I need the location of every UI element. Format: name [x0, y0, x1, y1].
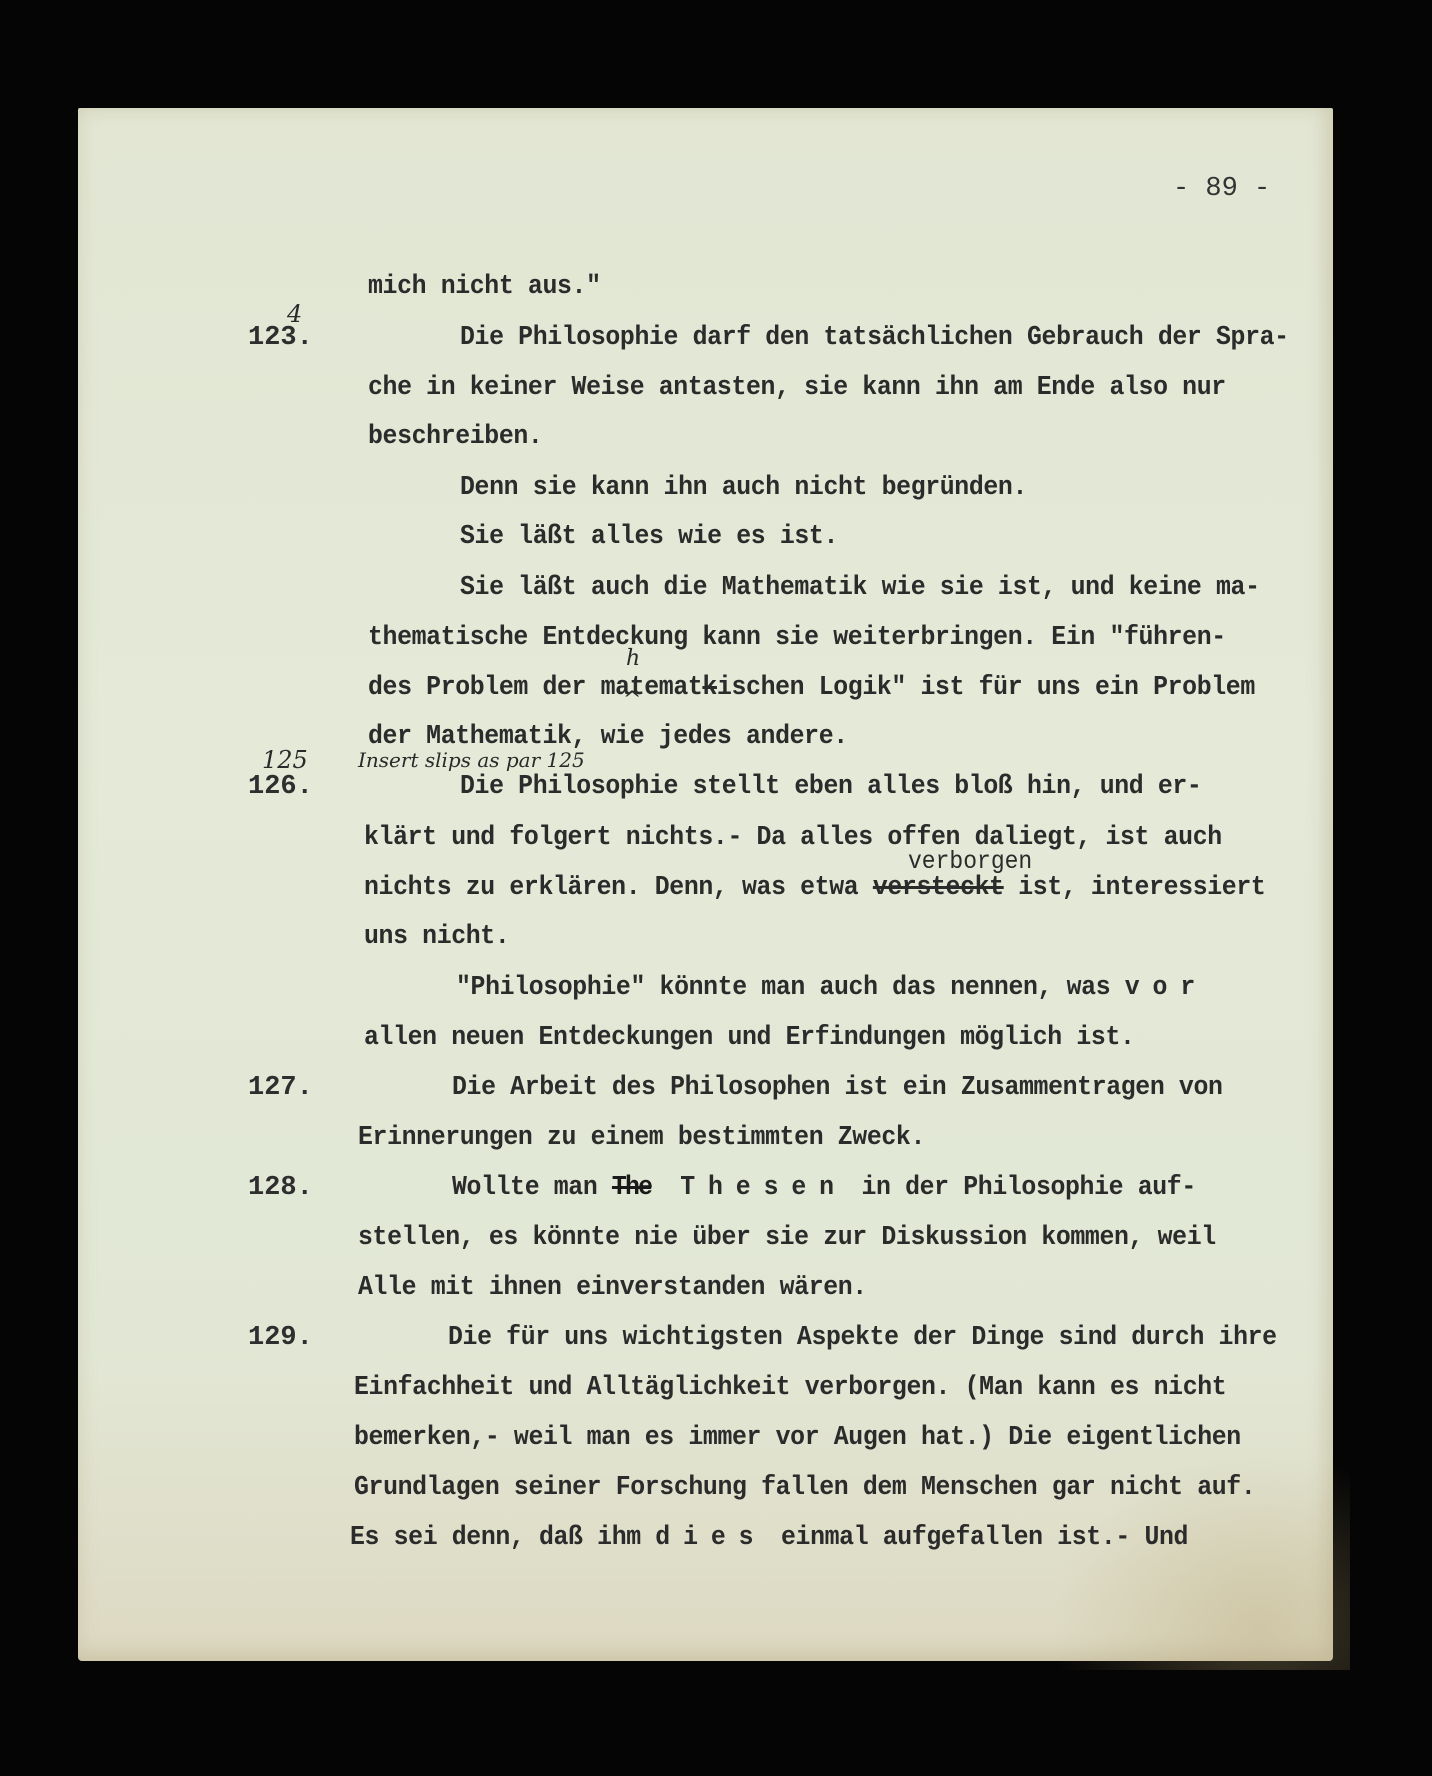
paragraph-number-127: 127. [248, 1073, 313, 1103]
text-line-corrected: des Problem der matematkischen Logik" is… [368, 673, 1255, 703]
caret-mark: ^ [623, 688, 641, 713]
text-segment: Wollte man [452, 1173, 612, 1203]
text-segment: nichts zu erklären. Denn, was etwa [364, 873, 873, 903]
text-line: beschreiben. [368, 422, 542, 452]
text-line: klärt und folgert nichts.- Da alles offe… [364, 823, 1222, 853]
struck-word: versteckt [873, 873, 1004, 903]
text-line: Grundlagen seiner Forschung fallen dem M… [354, 1473, 1255, 1503]
emphasized-spaced-word: dies [655, 1523, 766, 1553]
text-line: Die Philosophie darf den tatsächlichen G… [460, 323, 1289, 353]
handwritten-inserted-h: h [626, 646, 640, 671]
emphasized-spaced-word: vor [1125, 973, 1208, 1003]
text-line: Sie läßt auch die Mathematik wie sie ist… [460, 573, 1260, 603]
text-segment: ischen Logik" ist für uns ein Problem [717, 673, 1255, 703]
handwritten-correction-4: 4 [287, 300, 302, 328]
text-line: Die Arbeit des Philosophen ist ein Zusam… [452, 1073, 1223, 1103]
text-segment: Es sei denn, daß ihm [350, 1523, 655, 1553]
text-line: Die Philosophie stellt eben alles bloß h… [460, 772, 1201, 802]
text-line: der Mathematik, wie jedes andere. [368, 722, 848, 752]
text-line: che in keiner Weise antasten, sie kann i… [368, 373, 1226, 403]
text-segment: des Problem der mat [368, 673, 644, 703]
text-segment: in der Philosophie auf- [847, 1173, 1196, 1203]
text-line: thematische Entdeckung kann sie weiterbr… [368, 623, 1226, 653]
text-segment: "Philosophie" könnte man auch das nennen… [456, 973, 1125, 1003]
text-segment: einmal aufgefallen ist.- Und [766, 1523, 1188, 1553]
text-line: Die für uns wichtigsten Aspekte der Ding… [448, 1323, 1277, 1353]
text-line: Einfachheit und Alltäglichkeit verborgen… [354, 1373, 1226, 1403]
paragraph-number-129: 129. [248, 1323, 313, 1353]
paragraph-number-124: 123. [248, 323, 313, 353]
text-line: stellen, es könnte nie über sie zur Disk… [358, 1223, 1216, 1253]
page-number: - 89 - [1173, 174, 1270, 204]
text-line: mich nicht aus." [368, 272, 601, 302]
text-line: Alle mit ihnen einverstanden wären. [358, 1273, 867, 1303]
paragraph-number-126: 126. [248, 772, 313, 802]
text-line: Erinnerungen zu einem bestimmten Zweck. [358, 1123, 925, 1153]
overtyped-word: The [612, 1173, 651, 1203]
text-line: allen neuen Entdeckungen und Erfindungen… [364, 1023, 1135, 1053]
text-line-corrected: nichts zu erklären. Denn, was etwa verst… [364, 873, 1265, 903]
emphasized-spaced-word: Thesen [680, 1173, 847, 1203]
typed-number: 123. [248, 323, 313, 353]
struck-letter: k [702, 673, 717, 703]
text-line: "Philosophie" könnte man auch das nennen… [456, 973, 1208, 1003]
text-segment: ist, interessiert [1004, 873, 1266, 903]
text-segment: emat [644, 673, 702, 703]
text-line: uns nicht. [364, 922, 509, 952]
text-line: Sie läßt alles wie es ist. [460, 522, 838, 552]
text-line: Es sei denn, daß ihm dies einmal aufgefa… [350, 1523, 1188, 1553]
text-line: bemerken,- weil man es immer vor Augen h… [354, 1423, 1241, 1453]
text-line-corrected: Wollte man The Thesen in der Philosophie… [452, 1173, 1196, 1203]
paragraph-number-128: 128. [248, 1173, 313, 1203]
text-line: Denn sie kann ihn auch nicht begründen. [460, 473, 1027, 503]
handwritten-number-125: 125 [262, 746, 308, 774]
